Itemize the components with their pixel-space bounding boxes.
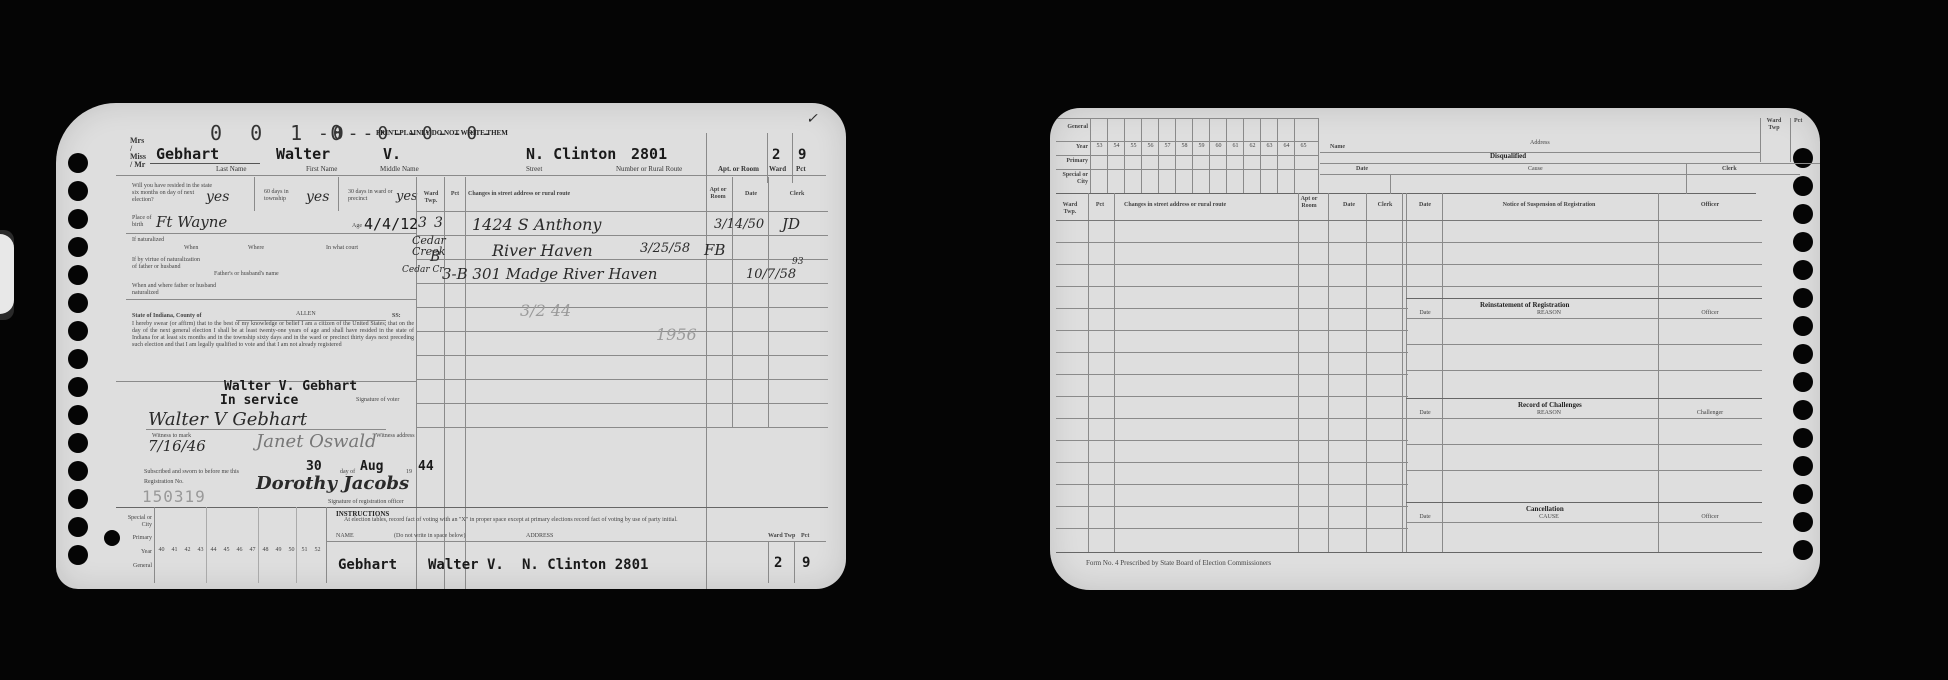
voting-years-front: 40 41 42 43 44 45 46 47 48 49 50 51 52 (154, 547, 324, 561)
form-footer: Form No. 4 Prescribed by State Board of … (1086, 560, 1271, 567)
disqualified-clerk-label: Clerk (1722, 166, 1737, 173)
first-name-value: Walter (276, 145, 330, 163)
punch-hole (1793, 232, 1813, 252)
back-clerk-header: Clerk (1368, 202, 1402, 209)
punch-hole (1793, 372, 1813, 392)
punch-hole (68, 433, 88, 453)
middle-name-label: Middle Name (380, 165, 419, 173)
reinstatement-title: Reinstatement of Registration (1480, 301, 1569, 309)
disqualified-name-label: Name (1330, 144, 1345, 151)
punch-hole (104, 530, 120, 546)
change-row-2-date: 3/25/58 (640, 241, 690, 256)
change-row-1-address: 1424 S Anthony (472, 215, 601, 234)
year-cell: 61 (1228, 143, 1243, 155)
punch-hole (68, 209, 88, 229)
sworn-day: 30 (306, 459, 322, 474)
change-row-3-clerk: 93 (792, 257, 803, 267)
township-residency-answer: yes (306, 189, 329, 205)
year-cell: 54 (1109, 143, 1124, 155)
punch-hole (1793, 428, 1813, 448)
grid-row-label-general: General (1058, 124, 1088, 131)
grid-row-label-year: Year (124, 549, 152, 556)
back-changes-header: Changes in street address or rural route (1124, 202, 1294, 209)
street-number-label: Number or Rural Route (616, 165, 682, 173)
sworn-label: Subscribed and sworn to before me this (144, 469, 239, 476)
year-cell: 64 (1279, 143, 1294, 155)
when-label: When (184, 245, 198, 252)
year-cell: 55 (1126, 143, 1141, 155)
change-row-1-clerk: JD (782, 215, 800, 233)
reinstatement-reason-header: REASON (1444, 310, 1654, 317)
challenges-date-header: Date (1410, 410, 1440, 417)
ward-twp-header: Ward Twp. (419, 191, 443, 205)
last-name-value: Gebhart (156, 145, 219, 163)
witness-date: 7/16/46 (148, 437, 206, 455)
registration-card-front: 0 0 1 0 -0--0--0--0- PRINT PLAINLY DO NO… (56, 103, 846, 589)
county-value: ALLEN (296, 311, 316, 318)
disqualified-date-label: Date (1356, 166, 1368, 173)
sworn-month: Aug (360, 459, 383, 474)
stub-pct-label: Pct (801, 533, 809, 540)
back-ward-label: Ward Twp (1762, 118, 1786, 132)
cancellation-date-header: Date (1410, 514, 1440, 521)
cancellation-cause-header: CAUSE (1444, 514, 1654, 521)
suspension-date-header: Date (1410, 202, 1440, 209)
change-row-3-date: 10/7/58 (746, 267, 796, 282)
instructions-text: At election tables, record fact of votin… (344, 517, 704, 524)
punch-hole (1793, 540, 1813, 560)
voter-handwritten-signature: Walter V Gebhart (148, 409, 307, 430)
ward-label: Ward (769, 165, 786, 173)
challenges-challenger-header: Challenger (1660, 410, 1760, 417)
reinstatement-officer-header: Officer (1660, 310, 1760, 317)
middle-name-value: V. (383, 145, 401, 163)
stub-address-label: ADDRESS (526, 533, 553, 540)
grid-row-label-primary: Primary (1058, 158, 1088, 165)
change-row-2-clerk: FB (704, 241, 725, 259)
change-row-1-ward: 3 (418, 215, 427, 231)
ward-residency-question: 30 days in ward or precinct (348, 189, 402, 203)
stub-street: N. Clinton 2801 (522, 557, 648, 573)
punch-hole (1793, 484, 1813, 504)
punch-hole (68, 153, 88, 173)
year-cell: 65 (1296, 143, 1311, 155)
grid-row-label-general: General (124, 563, 152, 570)
year-cell: 59 (1194, 143, 1209, 155)
voting-years-back: 53 54 55 56 57 58 59 60 61 62 63 64 65 (1092, 143, 1318, 155)
apt-label: Apt. or Room (718, 165, 759, 173)
punch-hole (1793, 316, 1813, 336)
back-date-header: Date (1334, 202, 1364, 209)
change-row-1-date: 3/14/50 (714, 217, 764, 232)
suspension-notice-header: Notice of Suspension of Registration (1444, 202, 1654, 209)
cancellation-title: Cancellation (1526, 505, 1564, 513)
year-cell: 62 (1245, 143, 1260, 155)
punch-hole (68, 349, 88, 369)
witness-address-label: Witness address (376, 433, 415, 440)
year-cell: 53 (1092, 143, 1107, 155)
punch-hole (68, 405, 88, 425)
street-value: N. Clinton (526, 145, 616, 163)
punch-hole (1793, 456, 1813, 476)
punch-hole (1793, 288, 1813, 308)
challenges-reason-header: REASON (1444, 410, 1654, 417)
punch-hole (1793, 176, 1813, 196)
registration-number-label: Registration No. (144, 479, 184, 486)
township-residency-question: 60 days in township (264, 189, 304, 203)
registration-officer-label: Signature of registration officer (328, 499, 404, 506)
stub-pct: 9 (802, 555, 810, 571)
suspension-officer-header: Officer (1660, 202, 1760, 209)
registration-card-back: General Year Primary Special or City 53 … (1050, 108, 1820, 590)
apt-room-header: Apt or Room (708, 187, 728, 201)
punch-hole (68, 377, 88, 397)
date-header: Date (736, 191, 766, 198)
grid-row-label-special: Special or City (1058, 172, 1088, 186)
first-name-label: First Name (306, 165, 337, 173)
age-value: 4/4/12 (364, 215, 418, 233)
oath-text: I hereby swear (or affirm) that to the b… (132, 321, 414, 349)
punch-hole (68, 237, 88, 257)
last-name-label: Last Name (216, 165, 247, 173)
clerk-header: Clerk (772, 191, 822, 198)
stub-last-name: Gebhart (338, 557, 397, 573)
back-pct-header: Pct (1090, 202, 1110, 209)
change-row-1-pct: 3 (434, 215, 443, 231)
print-instruction: PRINT PLAINLY DO NOT WRITE THEM (376, 129, 508, 137)
scan-edge-artifact (0, 234, 14, 314)
check-mark: ✓ (806, 111, 818, 127)
stub-first-middle: Walter V. (428, 557, 504, 573)
punch-hole (1793, 512, 1813, 532)
stub-ward: 2 (774, 555, 782, 571)
punch-hole (68, 265, 88, 285)
pct-header: Pct (446, 191, 464, 198)
change-row-2-address: River Haven (492, 241, 593, 260)
faint-note: 3/2 44 (520, 301, 571, 320)
punch-hole (1793, 400, 1813, 420)
stub-note: (Do not write in space below) (394, 533, 465, 540)
cancellation-officer-header: Officer (1660, 514, 1760, 521)
state-residency-answer: yes (206, 189, 229, 205)
reinstatement-date-header: Date (1410, 310, 1440, 317)
punch-hole (68, 461, 88, 481)
county-label: State of Indiana, County of (132, 313, 202, 320)
voter-signature-label: Signature of voter (356, 397, 399, 404)
year-cell: 58 (1177, 143, 1192, 155)
punch-hole (1793, 344, 1813, 364)
name-prefix-label: Mrs / Miss / Mr (130, 137, 148, 169)
street-number-value: 2801 (631, 145, 667, 163)
disqualified-title: Disqualified (1490, 152, 1526, 160)
stub-ward-label: Ward Twp (768, 533, 795, 540)
precinct-label: Pct (796, 165, 806, 173)
year-cell: 60 (1211, 143, 1226, 155)
state-residency-question: Will you have resided in the state six m… (132, 183, 214, 204)
typed-voter-name: Walter V. Gebhart (224, 379, 357, 394)
year-cell: 63 (1262, 143, 1277, 155)
back-pct-label: Pct (1794, 118, 1802, 125)
back-apt-header: Apt or Room (1296, 196, 1322, 210)
punch-hole (1793, 204, 1813, 224)
father-naturalized-label: When and where father or husband natural… (132, 283, 222, 297)
punch-hole (68, 489, 88, 509)
faint-note: 1956 (656, 325, 697, 344)
changes-header: Changes in street address or rural route (468, 191, 598, 198)
court-label: In what court (326, 245, 358, 252)
street-label: Street (526, 165, 542, 173)
year-cell: 56 (1143, 143, 1158, 155)
precinct-value: 9 (798, 147, 806, 163)
typed-voter-note: In service (220, 393, 298, 408)
ward-residency-answer: yes (396, 189, 418, 204)
grid-row-label-year: Year (1058, 144, 1088, 151)
where-label: Where (248, 245, 264, 252)
birth-place-label: Place of birth (132, 215, 156, 229)
punch-hole (1793, 260, 1813, 280)
change-row-3-ward: Cedar Cr (402, 265, 444, 275)
change-row-3-address: 3-B 301 Madge River Haven (442, 265, 657, 283)
witness-signature: Janet Oswald (256, 431, 377, 452)
ward-value: 2 (772, 147, 780, 163)
ss-label: SS: (392, 313, 401, 320)
father-name-label: Father's or husband's name (214, 271, 279, 278)
registration-officer-signature: Dorothy Jacobs (256, 473, 409, 494)
grid-row-label-primary: Primary (124, 535, 152, 542)
virtue-label: If by virtue of naturalization of father… (132, 257, 202, 271)
naturalized-label: If naturalized (132, 237, 172, 244)
back-ward-twp-header: Ward Twp. (1056, 202, 1084, 216)
age-label: Age (352, 223, 362, 230)
disqualified-address-label: Address (1530, 140, 1550, 147)
registration-number: 150319 (142, 487, 206, 506)
punch-hole (1793, 148, 1813, 168)
punch-hole (68, 517, 88, 537)
grid-row-label-special: Special or City (124, 515, 152, 529)
change-row-2-pct: B (430, 249, 440, 265)
punch-hole (68, 181, 88, 201)
challenges-title: Record of Challenges (1518, 401, 1582, 409)
stub-name-label: NAME (336, 533, 354, 540)
disqualified-cause-label: Cause (1528, 166, 1543, 173)
birth-place-value: Ft Wayne (156, 213, 227, 231)
punch-hole (68, 545, 88, 565)
punch-hole (68, 321, 88, 341)
sworn-year: 44 (418, 459, 434, 474)
year-cell: 52 (310, 547, 325, 559)
punch-hole (68, 293, 88, 313)
year-cell: 57 (1160, 143, 1175, 155)
